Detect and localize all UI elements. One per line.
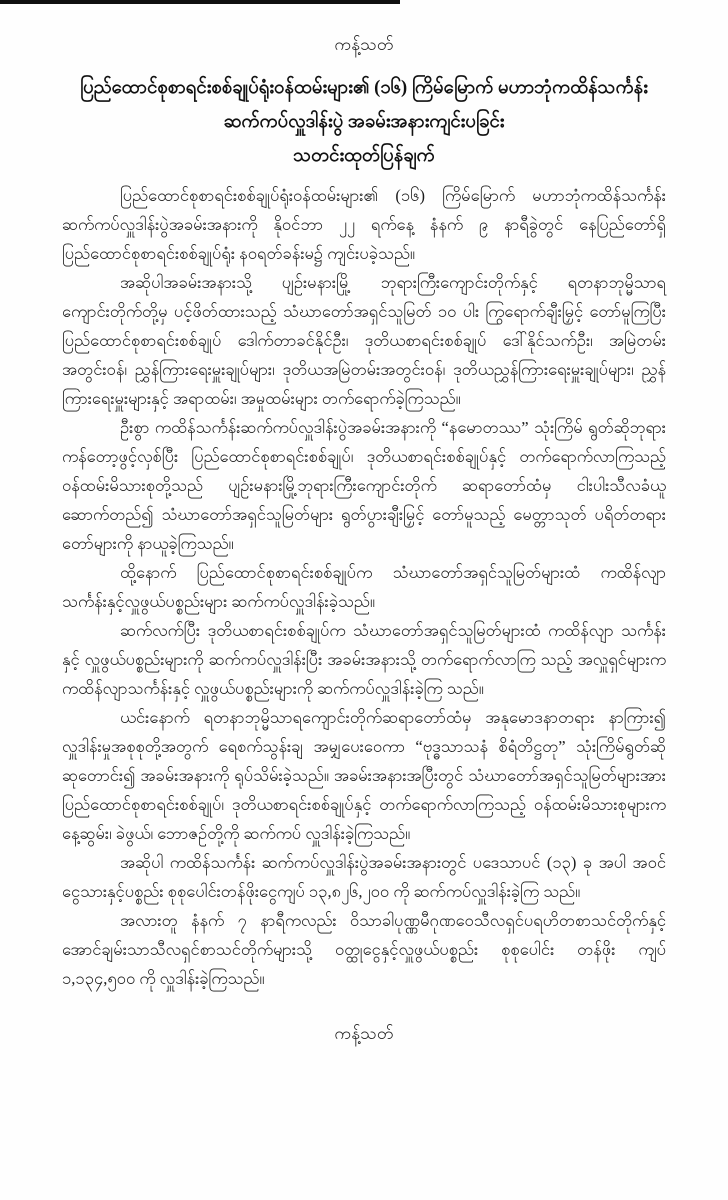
paragraph-6: ယင်းနောက် ရတနာဘုမ္မိသာရကျောင်းတိုက်ဆရာတေ… [62, 703, 666, 848]
paragraph-2: အဆိုပါအခမ်းအနားသို့ ပျဉ်းမနားမြို့ ဘုရား… [62, 268, 666, 413]
classification-header: ကန့်သတ် [0, 0, 728, 59]
document-title: ပြည်ထောင်စုစာရင်းစစ်ချုပ်ရုံးဝန်ထမ်းများ… [44, 71, 684, 173]
title-line-3: သတင်းထုတ်ပြန်ချက် [44, 139, 684, 173]
paragraph-5: ဆက်လက်ပြီး ဒုတိယစာရင်းစစ်ချုပ်က သံဃာတော်… [62, 616, 666, 703]
paragraph-1: ပြည်ထောင်စုစာရင်းစစ်ချုပ်ရုံးဝန်ထမ်းများ… [62, 181, 666, 268]
title-line-1: ပြည်ထောင်စုစာရင်းစစ်ချုပ်ရုံးဝန်ထမ်းများ… [44, 71, 684, 105]
paragraph-7: အဆိုပါ ကထိန်သင်္ကန်း ဆက်ကပ်လှူဒါန်းပွဲအခ… [62, 848, 666, 906]
title-line-2: ဆက်ကပ်လှူဒါန်းပွဲ အခမ်းအနားကျင်းပခြင်း [44, 105, 684, 139]
document-body: ပြည်ထောင်စုစာရင်းစစ်ချုပ်ရုံးဝန်ထမ်းများ… [62, 181, 666, 993]
classification-footer: ကန့်သတ် [0, 1023, 728, 1048]
paragraph-8: အလားတူ နံနက် ၇ နာရီကလည်း ဝိသာခါပုဏ္ဏမီဂု… [62, 906, 666, 993]
document-page: ကန့်သတ် ပြည်ထောင်စုစာရင်းစစ်ချုပ်ရုံးဝန်… [0, 0, 728, 1200]
paragraph-4: ထို့နောက် ပြည်ထောင်စုစာရင်းစစ်ချုပ်က သံဃ… [62, 558, 666, 616]
paragraph-3: ဦးစွာ ကထိန်သင်္ကန်းဆက်ကပ်လှူဒါန်းပွဲအခမ်… [62, 413, 666, 558]
scan-artifact-top [0, 0, 400, 4]
